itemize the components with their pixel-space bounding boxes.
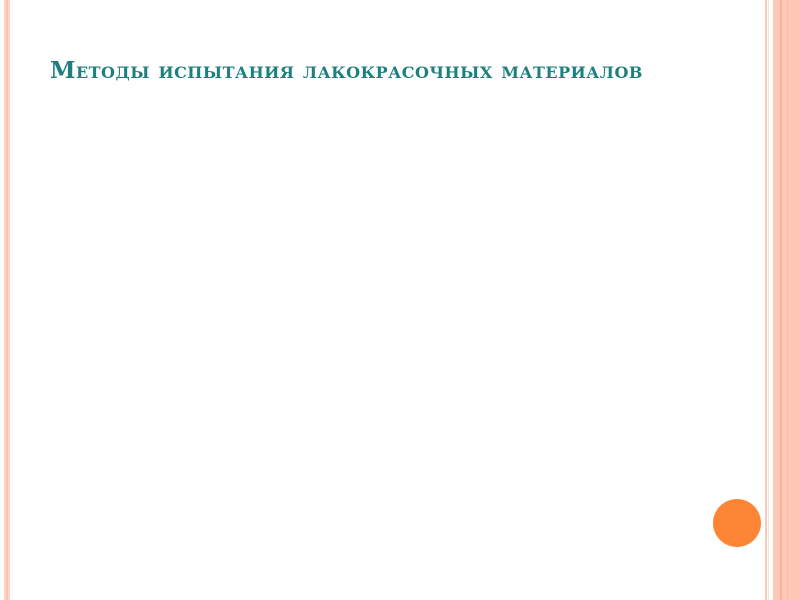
slide: Методы испытания лакокрасочных материало… <box>0 0 800 600</box>
slide-title: Методы испытания лакокрасочных материало… <box>50 56 690 86</box>
right-border-band-line-2 <box>787 0 788 600</box>
right-border-thin-line-2 <box>768 0 769 600</box>
right-border-thin-line <box>765 0 767 600</box>
accent-circle-decoration <box>713 499 761 547</box>
right-border-band-line <box>780 0 782 600</box>
left-border-stripe-inner <box>6 0 8 600</box>
